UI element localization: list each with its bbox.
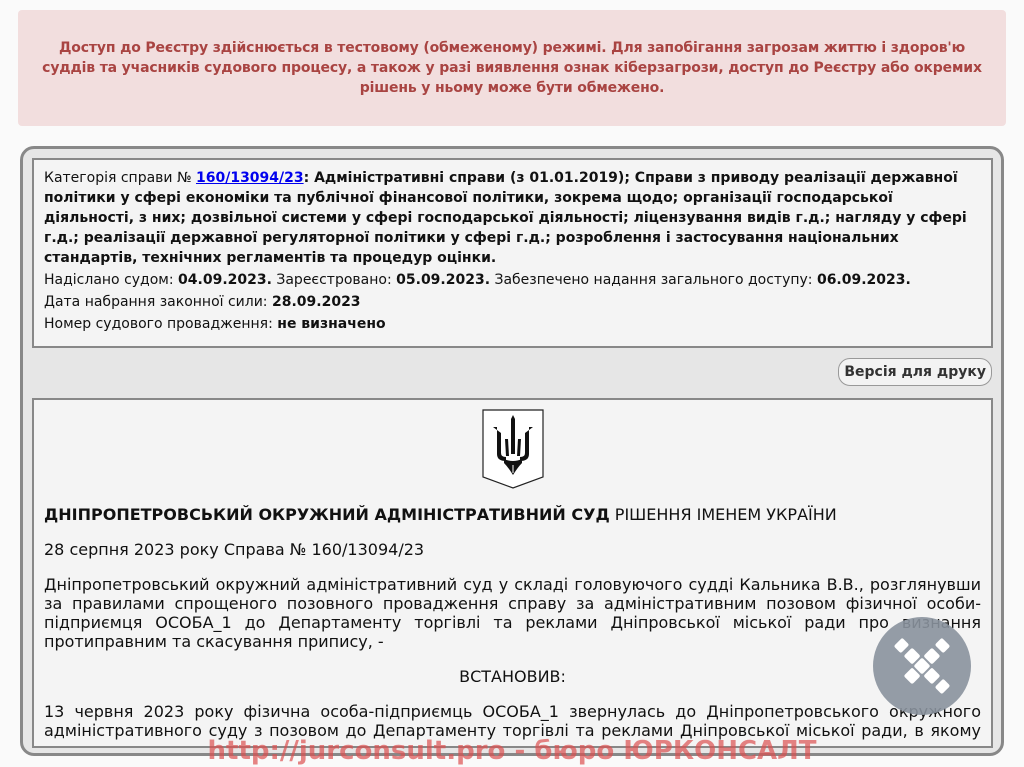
access-warning-banner: Доступ до Реєстру здійснюється в тестово… xyxy=(18,10,1006,126)
established-heading: ВСТАНОВИВ: xyxy=(44,667,981,686)
sent-date: 04.09.2023. xyxy=(178,272,272,288)
case-dates: Надіслано судом: 04.09.2023. Зареєстрова… xyxy=(44,270,981,290)
public-access-label: Забезпечено надання загального доступу: xyxy=(490,272,817,288)
effective-date: 28.09.2023 xyxy=(272,294,361,310)
facts-paragraph: 13 червня 2023 року фізична особа-підпри… xyxy=(44,702,981,748)
effective-label: Дата набрання законної сили: xyxy=(44,294,272,310)
access-warning-text: Доступ до Реєстру здійснюється в тестово… xyxy=(34,38,990,98)
registered-label: Зареєстровано: xyxy=(272,272,396,288)
decision-dateline: 28 серпня 2023 року Справа № 160/13094/2… xyxy=(44,540,981,559)
registered-date: 05.09.2023. xyxy=(396,272,490,288)
coat-of-arms-icon xyxy=(482,409,544,489)
intro-paragraph: Дніпропетровський окружний адміністратив… xyxy=(44,575,981,651)
case-number-link[interactable]: 160/13094/23 xyxy=(196,170,304,186)
case-category: Категорія справи № 160/13094/23: Адмініс… xyxy=(44,168,981,268)
public-access-date: 06.09.2023. xyxy=(817,272,911,288)
decision-container: Категорія справи № 160/13094/23: Адмініс… xyxy=(20,146,1004,756)
decision-title: РІШЕННЯ ІМЕНЕМ УКРАЇНИ xyxy=(610,505,837,524)
court-name: ДНІПРОПЕТРОВСЬКИЙ ОКРУЖНИЙ АДМІНІСТРАТИВ… xyxy=(44,505,610,524)
court-heading: ДНІПРОПЕТРОВСЬКИЙ ОКРУЖНИЙ АДМІНІСТРАТИВ… xyxy=(44,505,981,524)
decision-document: ДНІПРОПЕТРОВСЬКИЙ ОКРУЖНИЙ АДМІНІСТРАТИВ… xyxy=(32,398,993,748)
category-label: Категорія справи № xyxy=(44,170,196,186)
proceeding-value: не визначено xyxy=(277,316,385,332)
proceeding-number-row: Номер судового провадження: не визначено xyxy=(44,314,981,334)
sent-label: Надіслано судом: xyxy=(44,272,178,288)
proceeding-label: Номер судового провадження: xyxy=(44,316,277,332)
effective-date-row: Дата набрання законної сили: 28.09.2023 xyxy=(44,292,981,312)
print-version-button[interactable]: Версія для друку xyxy=(838,358,992,386)
case-info-panel: Категорія справи № 160/13094/23: Адмініс… xyxy=(32,158,993,348)
